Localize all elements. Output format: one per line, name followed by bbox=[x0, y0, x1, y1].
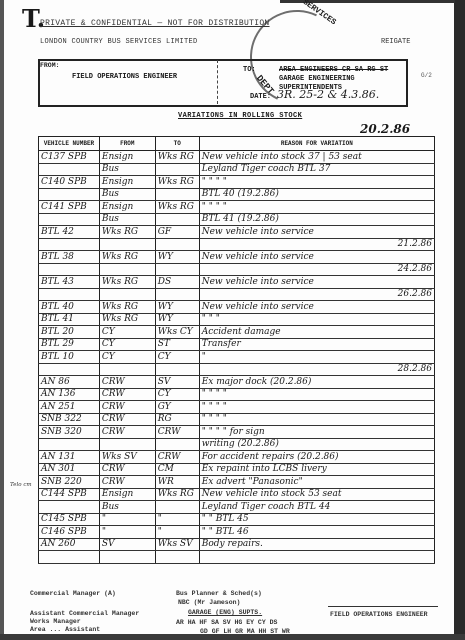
date-label: DATE: bbox=[250, 93, 271, 101]
table-body: C137 SPBEnsignWks RGNew vehicle into sto… bbox=[39, 151, 435, 564]
cell-from: SV bbox=[99, 538, 155, 551]
cell-to: Wks RG bbox=[155, 201, 199, 214]
cell-reason: Body repairs. bbox=[199, 538, 434, 551]
company-name: LONDON COUNTRY BUS SERVICES LIMITED bbox=[40, 38, 198, 46]
scan-edge-left bbox=[0, 0, 4, 640]
cell-from: Ensign bbox=[99, 176, 155, 189]
cell-reason: " " " " bbox=[199, 401, 434, 414]
table-row: 26.2.86 bbox=[39, 288, 435, 301]
table-row: BTL 10CYCY" bbox=[39, 351, 435, 364]
table-row: AN 301CRWCMEx repaint into LCBS livery bbox=[39, 463, 435, 476]
header-from: FROM bbox=[99, 137, 155, 151]
table-row: C145 SPB""" " BTL 45 bbox=[39, 513, 435, 526]
table-row: writing (20.2.86) bbox=[39, 438, 435, 451]
table-row: BusLeyland Tiger coach BTL 44 bbox=[39, 501, 435, 514]
signature-title: FIELD OPERATIONS ENGINEER bbox=[330, 611, 428, 618]
cell-to bbox=[155, 363, 199, 376]
to-line-1: AREA ENGINEERS CR SA RG ST bbox=[279, 66, 388, 74]
cell-vehicle-number: BTL 40 bbox=[39, 301, 100, 314]
cell-reason: " bbox=[199, 351, 434, 364]
cell-vehicle-number: C141 SPB bbox=[39, 201, 100, 214]
cell-vehicle-number: C137 SPB bbox=[39, 151, 100, 164]
footer-middle-line-1: Bus Planner & Sched(s) bbox=[176, 590, 262, 597]
cell-vehicle-number: BTL 41 bbox=[39, 313, 100, 326]
from-value: FIELD OPERATIONS ENGINEER bbox=[72, 73, 177, 81]
cell-reason: " " " bbox=[199, 313, 434, 326]
footer-middle-line-4: AR HA HF SA SV HG EY CY DS bbox=[176, 619, 277, 626]
cell-vehicle-number: AN 131 bbox=[39, 451, 100, 464]
from-label: FROM: bbox=[40, 62, 60, 69]
footer-left-line-4: Area ... Assistant bbox=[30, 626, 100, 633]
cell-reason: Leyland Tiger coach BTL 37 bbox=[199, 163, 434, 176]
cell-from: Ensign bbox=[99, 201, 155, 214]
cell-to: CRW bbox=[155, 451, 199, 464]
cell-from: CRW bbox=[99, 401, 155, 414]
cell-vehicle-number: C146 SPB bbox=[39, 526, 100, 539]
cell-vehicle-number bbox=[39, 438, 100, 451]
cell-reason: writing (20.2.86) bbox=[199, 438, 434, 451]
cell-vehicle-number: SNB 320 bbox=[39, 426, 100, 439]
cell-from: " bbox=[99, 513, 155, 526]
cell-reason: For accident repairs (20.2.86) bbox=[199, 451, 434, 464]
cell-from: Wks RG bbox=[99, 276, 155, 289]
cell-from: Bus bbox=[99, 213, 155, 226]
cell-vehicle-number: SNB 322 bbox=[39, 413, 100, 426]
cell-reason: 28.2.86 bbox=[199, 363, 434, 376]
cell-from: Bus bbox=[99, 163, 155, 176]
cell-from bbox=[99, 438, 155, 451]
footer-left-line-2: Assistant Commercial Manager bbox=[30, 610, 139, 617]
cell-to bbox=[155, 501, 199, 514]
cell-to: CY bbox=[155, 351, 199, 364]
table-row: BTL 41Wks RGWY" " " bbox=[39, 313, 435, 326]
footer-middle-line-5: GD GF LH GR MA HH ST WR bbox=[200, 628, 290, 635]
cell-from: Wks SV bbox=[99, 451, 155, 464]
cell-from bbox=[99, 288, 155, 301]
cell-reason: Accident damage bbox=[199, 326, 434, 339]
cell-to bbox=[155, 238, 199, 251]
cell-reason: " " " " bbox=[199, 176, 434, 189]
cell-from: Ensign bbox=[99, 488, 155, 501]
cell-to: Wks SV bbox=[155, 538, 199, 551]
date-above-table: 20.2.86 bbox=[360, 122, 410, 136]
table-row: C146 SPB""" " BTL 46 bbox=[39, 526, 435, 539]
cell-to: Wks CY bbox=[155, 326, 199, 339]
cell-vehicle-number: AN 136 bbox=[39, 388, 100, 401]
table-row: SNB 320CRWCRW" " " " for sign bbox=[39, 426, 435, 439]
cell-vehicle-number bbox=[39, 363, 100, 376]
cell-to: GY bbox=[155, 401, 199, 414]
side-mark: G/2 bbox=[421, 72, 432, 79]
cell-from bbox=[99, 238, 155, 251]
signature-line bbox=[328, 606, 438, 607]
cell-from: CRW bbox=[99, 463, 155, 476]
cell-reason: 21.2.86 bbox=[199, 238, 434, 251]
cell-to bbox=[155, 288, 199, 301]
cell-reason: " " " " bbox=[199, 413, 434, 426]
table-row: AN 251CRWGY" " " " bbox=[39, 401, 435, 414]
cell-from: CRW bbox=[99, 376, 155, 389]
cell-reason: BTL 40 (19.2.86) bbox=[199, 188, 434, 201]
cell-to bbox=[155, 188, 199, 201]
margin-note: Telo cm bbox=[10, 482, 32, 488]
cell-to: WY bbox=[155, 313, 199, 326]
table-header-row: VEHICLE NUMBER FROM TO REASON FOR VARIAT… bbox=[39, 137, 435, 151]
cell-vehicle-number: AN 301 bbox=[39, 463, 100, 476]
cell-from: Bus bbox=[99, 188, 155, 201]
cell-to: ST bbox=[155, 338, 199, 351]
table-row: C141 SPBEnsignWks RG" " " " bbox=[39, 201, 435, 214]
cell-from: CRW bbox=[99, 476, 155, 489]
header-reason: REASON FOR VARIATION bbox=[199, 137, 434, 151]
cell-reason: BTL 41 (19.2.86) bbox=[199, 213, 434, 226]
table-row: BusLeyland Tiger coach BTL 37 bbox=[39, 163, 435, 176]
cell-from: Wks RG bbox=[99, 301, 155, 314]
cell-to: RG bbox=[155, 413, 199, 426]
cell-to: WR bbox=[155, 476, 199, 489]
cell-reason: Ex major dock (20.2.86) bbox=[199, 376, 434, 389]
cell-to: WY bbox=[155, 301, 199, 314]
table-row: BTL 29CYSTTransfer bbox=[39, 338, 435, 351]
cell-to: DS bbox=[155, 276, 199, 289]
table-row: BTL 43Wks RGDSNew vehicle into service bbox=[39, 276, 435, 289]
table-row: AN 136CRWCY" " " " bbox=[39, 388, 435, 401]
table-row: AN 86CRWSVEx major dock (20.2.86) bbox=[39, 376, 435, 389]
cell-to: CM bbox=[155, 463, 199, 476]
cell-vehicle-number: BTL 29 bbox=[39, 338, 100, 351]
cell-from: Bus bbox=[99, 501, 155, 514]
cell-from: CRW bbox=[99, 426, 155, 439]
cell-reason bbox=[199, 551, 434, 564]
cell-reason: Ex repaint into LCBS livery bbox=[199, 463, 434, 476]
memo-header-divider bbox=[217, 60, 218, 104]
cell-to bbox=[155, 163, 199, 176]
cell-reason: " " " " for sign bbox=[199, 426, 434, 439]
location-label: REIGATE bbox=[381, 38, 410, 46]
table-row: C140 SPBEnsignWks RG" " " " bbox=[39, 176, 435, 189]
cell-vehicle-number: C144 SPB bbox=[39, 488, 100, 501]
cell-reason: New vehicle into stock 53 seat bbox=[199, 488, 434, 501]
footer-middle-line-2: NBC (Mr Jameson) bbox=[178, 599, 240, 606]
cell-vehicle-number: C145 SPB bbox=[39, 513, 100, 526]
cell-vehicle-number bbox=[39, 188, 100, 201]
cell-reason: " " " " bbox=[199, 388, 434, 401]
cell-to: CRW bbox=[155, 426, 199, 439]
cell-to: Wks RG bbox=[155, 176, 199, 189]
cell-reason: New vehicle into service bbox=[199, 251, 434, 264]
cell-vehicle-number: BTL 10 bbox=[39, 351, 100, 364]
cell-to: WY bbox=[155, 251, 199, 264]
rolling-stock-table: VEHICLE NUMBER FROM TO REASON FOR VARIAT… bbox=[38, 136, 435, 564]
table-row: BusBTL 41 (19.2.86) bbox=[39, 213, 435, 226]
header-vehicle-number: VEHICLE NUMBER bbox=[39, 137, 100, 151]
cell-vehicle-number bbox=[39, 551, 100, 564]
cell-reason: Transfer bbox=[199, 338, 434, 351]
cell-to: GF bbox=[155, 226, 199, 239]
cell-reason: Leyland Tiger coach BTL 44 bbox=[199, 501, 434, 514]
cell-to bbox=[155, 263, 199, 276]
table-row: 24.2.86 bbox=[39, 263, 435, 276]
cell-vehicle-number: AN 86 bbox=[39, 376, 100, 389]
scan-edge-right bbox=[454, 0, 465, 640]
cell-from: CY bbox=[99, 351, 155, 364]
cell-vehicle-number: BTL 42 bbox=[39, 226, 100, 239]
cell-from: CY bbox=[99, 338, 155, 351]
table-row: AN 131Wks SVCRWFor accident repairs (20.… bbox=[39, 451, 435, 464]
cell-to: SV bbox=[155, 376, 199, 389]
classification-line: PRIVATE & CONFIDENTIAL — NOT FOR DISTRIB… bbox=[40, 19, 270, 28]
cell-vehicle-number: BTL 43 bbox=[39, 276, 100, 289]
cell-from: Ensign bbox=[99, 151, 155, 164]
cell-to: Wks RG bbox=[155, 488, 199, 501]
cell-from: CRW bbox=[99, 388, 155, 401]
cell-from: Wks RG bbox=[99, 226, 155, 239]
table-row: C144 SPBEnsignWks RGNew vehicle into sto… bbox=[39, 488, 435, 501]
cell-vehicle-number bbox=[39, 263, 100, 276]
cell-from: Wks RG bbox=[99, 251, 155, 264]
table-row: BTL 40Wks RGWYNew vehicle into service bbox=[39, 301, 435, 314]
table-row: SNB 322CRWRG" " " " bbox=[39, 413, 435, 426]
cell-to: Wks RG bbox=[155, 151, 199, 164]
cell-reason: New vehicle into stock 37 | 53 seat bbox=[199, 151, 434, 164]
cell-to: CY bbox=[155, 388, 199, 401]
cell-vehicle-number bbox=[39, 213, 100, 226]
cell-vehicle-number: C140 SPB bbox=[39, 176, 100, 189]
cell-to bbox=[155, 551, 199, 564]
footer-left-line-3: Works Manager bbox=[30, 618, 81, 625]
cell-from: CY bbox=[99, 326, 155, 339]
cell-reason: 24.2.86 bbox=[199, 263, 434, 276]
cell-reason: Ex advert "Panasonic" bbox=[199, 476, 434, 489]
table-row: 21.2.86 bbox=[39, 238, 435, 251]
cell-vehicle-number bbox=[39, 238, 100, 251]
cell-vehicle-number bbox=[39, 163, 100, 176]
cell-reason: New vehicle into service bbox=[199, 301, 434, 314]
document-title: VARIATIONS IN ROLLING STOCK bbox=[178, 112, 302, 120]
header-to: TO bbox=[155, 137, 199, 151]
cell-from bbox=[99, 263, 155, 276]
cell-to bbox=[155, 438, 199, 451]
cell-vehicle-number: SNB 220 bbox=[39, 476, 100, 489]
table-row: BTL 20CYWks CYAccident damage bbox=[39, 326, 435, 339]
cell-to: " bbox=[155, 513, 199, 526]
table-row bbox=[39, 551, 435, 564]
table-row: C137 SPBEnsignWks RGNew vehicle into sto… bbox=[39, 151, 435, 164]
cell-from bbox=[99, 363, 155, 376]
cell-vehicle-number: BTL 20 bbox=[39, 326, 100, 339]
cell-to: " bbox=[155, 526, 199, 539]
cell-vehicle-number bbox=[39, 288, 100, 301]
cell-vehicle-number: AN 251 bbox=[39, 401, 100, 414]
cell-reason: " " BTL 46 bbox=[199, 526, 434, 539]
cell-vehicle-number: BTL 38 bbox=[39, 251, 100, 264]
table-row: BusBTL 40 (19.2.86) bbox=[39, 188, 435, 201]
cell-reason: New vehicle into service bbox=[199, 226, 434, 239]
footer-left-line-1: Commercial Manager (A) bbox=[30, 590, 116, 597]
table-row: 28.2.86 bbox=[39, 363, 435, 376]
cell-to bbox=[155, 213, 199, 226]
footer-middle-line-3: GARAGE (ENG) SUPTS. bbox=[188, 609, 262, 616]
cell-from: CRW bbox=[99, 413, 155, 426]
table-row: BTL 38Wks RGWYNew vehicle into service bbox=[39, 251, 435, 264]
to-label: TO: bbox=[243, 66, 256, 74]
cell-from: Wks RG bbox=[99, 313, 155, 326]
cell-vehicle-number: AN 260 bbox=[39, 538, 100, 551]
table-row: SNB 220CRWWREx advert "Panasonic" bbox=[39, 476, 435, 489]
cell-reason: New vehicle into service bbox=[199, 276, 434, 289]
cell-reason: " " BTL 45 bbox=[199, 513, 434, 526]
cell-from: " bbox=[99, 526, 155, 539]
cell-reason: 26.2.86 bbox=[199, 288, 434, 301]
to-line-2: GARAGE ENGINEERING bbox=[279, 75, 355, 83]
cell-vehicle-number bbox=[39, 501, 100, 514]
cell-from bbox=[99, 551, 155, 564]
table-row: BTL 42Wks RGGFNew vehicle into service bbox=[39, 226, 435, 239]
table-row: AN 260SVWks SVBody repairs. bbox=[39, 538, 435, 551]
cell-reason: " " " " bbox=[199, 201, 434, 214]
date-value: 3R. 25-2 & 4.3.86. bbox=[277, 88, 379, 101]
